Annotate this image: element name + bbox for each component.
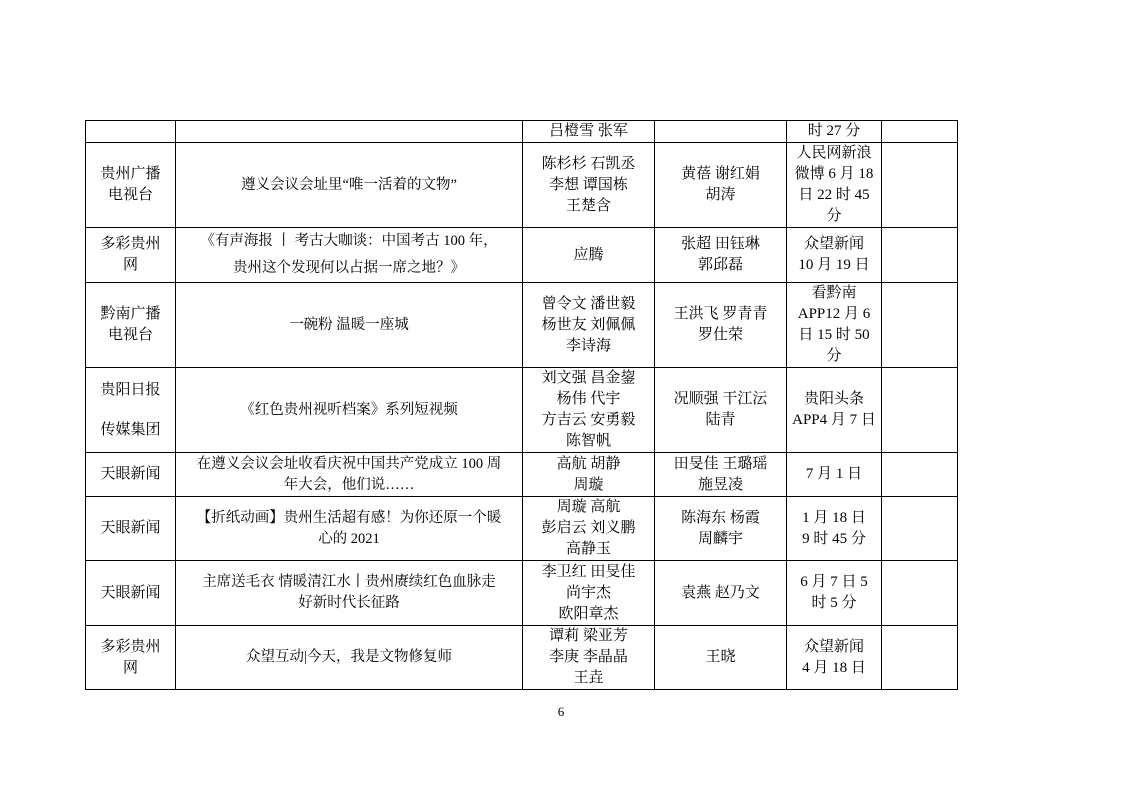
authors-cell: 李卫红 田旻佳 尚宇杰 欧阳章杰 (523, 561, 655, 626)
organization-cell (86, 121, 176, 143)
authors-cell: 应腾 (523, 228, 655, 283)
title-cell: 《有声海报 丨 考古大咖谈：中国考古 100 年， 贵州这个发现何以占据一席之地… (176, 228, 523, 283)
table-row: 多彩贵州 网《有声海报 丨 考古大咖谈：中国考古 100 年， 贵州这个发现何以… (86, 228, 958, 283)
organization-cell: 贵州广播 电视台 (86, 143, 176, 228)
table-row: 吕橙雪 张军时 27 分 (86, 121, 958, 143)
editors-cell: 田旻佳 王璐瑶 施昱凌 (655, 453, 787, 497)
authors-cell: 陈杉杉 石凯丞 李想 谭国栋 王楚含 (523, 143, 655, 228)
title-cell: 【折纸动画】贵州生活超有感！为你还原一个暖 心的 2021 (176, 497, 523, 561)
editors-cell: 陈海东 杨霞 周麟宇 (655, 497, 787, 561)
title-cell: 在遵义会议会址收看庆祝中国共产党成立 100 周 年大会，他们说…… (176, 453, 523, 497)
notes-cell (882, 228, 958, 283)
editors-cell: 王晓 (655, 626, 787, 690)
page-number: 6 (0, 704, 1122, 720)
table-row: 天眼新闻主席送毛衣 情暖清江水丨贵州赓续红色血脉走 好新时代长征路李卫红 田旻佳… (86, 561, 958, 626)
organization-cell: 多彩贵州 网 (86, 626, 176, 690)
table-row: 多彩贵州 网众望互动|今天，我是文物修复师谭莉 梁亚芳 李庚 李晶晶 王垚王晓众… (86, 626, 958, 690)
editors-cell: 袁燕 赵乃文 (655, 561, 787, 626)
notes-cell (882, 368, 958, 453)
media-entries-table: 吕橙雪 张军时 27 分贵州广播 电视台遵义会议会址里“唯一活着的文物”陈杉杉 … (85, 120, 958, 690)
publish-info-cell: 贵阳头条 APP4 月 7 日 (787, 368, 882, 453)
table-row: 贵阳日报 传媒集团《红色贵州视听档案》系列短视频刘文强 昌金鋆 杨伟 代宇 方吉… (86, 368, 958, 453)
editors-cell (655, 121, 787, 143)
publish-info-cell: 时 27 分 (787, 121, 882, 143)
publish-info-cell: 众望新闻 4 月 18 日 (787, 626, 882, 690)
authors-cell: 高航 胡静 周璇 (523, 453, 655, 497)
title-cell: 众望互动|今天，我是文物修复师 (176, 626, 523, 690)
authors-cell: 谭莉 梁亚芳 李庚 李晶晶 王垚 (523, 626, 655, 690)
table-row: 天眼新闻【折纸动画】贵州生活超有感！为你还原一个暖 心的 2021周璇 高航 彭… (86, 497, 958, 561)
document-page: 吕橙雪 张军时 27 分贵州广播 电视台遵义会议会址里“唯一活着的文物”陈杉杉 … (0, 0, 1122, 793)
title-cell: 主席送毛衣 情暖清江水丨贵州赓续红色血脉走 好新时代长征路 (176, 561, 523, 626)
authors-cell: 吕橙雪 张军 (523, 121, 655, 143)
publish-info-cell: 7 月 1 日 (787, 453, 882, 497)
publish-info-cell: 人民网新浪 微博 6 月 18 日 22 时 45 分 (787, 143, 882, 228)
editors-cell: 况顺强 干江沄 陆青 (655, 368, 787, 453)
title-cell (176, 121, 523, 143)
publish-info-cell: 看黔南 APP12 月 6 日 15 时 50 分 (787, 283, 882, 368)
editors-cell: 张超 田钰琳 郭邱磊 (655, 228, 787, 283)
notes-cell (882, 453, 958, 497)
table-row: 黔南广播 电视台一碗粉 温暖一座城曾令文 潘世毅 杨世友 刘佩佩 李诗海王洪飞 … (86, 283, 958, 368)
notes-cell (882, 626, 958, 690)
title-cell: 遵义会议会址里“唯一活着的文物” (176, 143, 523, 228)
table-row: 天眼新闻在遵义会议会址收看庆祝中国共产党成立 100 周 年大会，他们说……高航… (86, 453, 958, 497)
title-cell: 一碗粉 温暖一座城 (176, 283, 523, 368)
authors-cell: 刘文强 昌金鋆 杨伟 代宇 方吉云 安勇毅 陈智帆 (523, 368, 655, 453)
organization-cell: 天眼新闻 (86, 453, 176, 497)
table-row: 贵州广播 电视台遵义会议会址里“唯一活着的文物”陈杉杉 石凯丞 李想 谭国栋 王… (86, 143, 958, 228)
organization-cell: 黔南广播 电视台 (86, 283, 176, 368)
notes-cell (882, 121, 958, 143)
organization-cell: 天眼新闻 (86, 497, 176, 561)
notes-cell (882, 561, 958, 626)
notes-cell (882, 143, 958, 228)
publish-info-cell: 1 月 18 日 9 时 45 分 (787, 497, 882, 561)
editors-cell: 黄蓓 谢红娟 胡涛 (655, 143, 787, 228)
publish-info-cell: 6 月 7 日 5 时 5 分 (787, 561, 882, 626)
title-cell: 《红色贵州视听档案》系列短视频 (176, 368, 523, 453)
notes-cell (882, 497, 958, 561)
notes-cell (882, 283, 958, 368)
media-entries-table-body: 吕橙雪 张军时 27 分贵州广播 电视台遵义会议会址里“唯一活着的文物”陈杉杉 … (86, 121, 958, 690)
organization-cell: 贵阳日报 传媒集团 (86, 368, 176, 453)
editors-cell: 王洪飞 罗青青 罗仕荣 (655, 283, 787, 368)
organization-cell: 天眼新闻 (86, 561, 176, 626)
organization-cell: 多彩贵州 网 (86, 228, 176, 283)
authors-cell: 周璇 高航 彭启云 刘义鹏 高静玉 (523, 497, 655, 561)
authors-cell: 曾令文 潘世毅 杨世友 刘佩佩 李诗海 (523, 283, 655, 368)
publish-info-cell: 众望新闻 10 月 19 日 (787, 228, 882, 283)
